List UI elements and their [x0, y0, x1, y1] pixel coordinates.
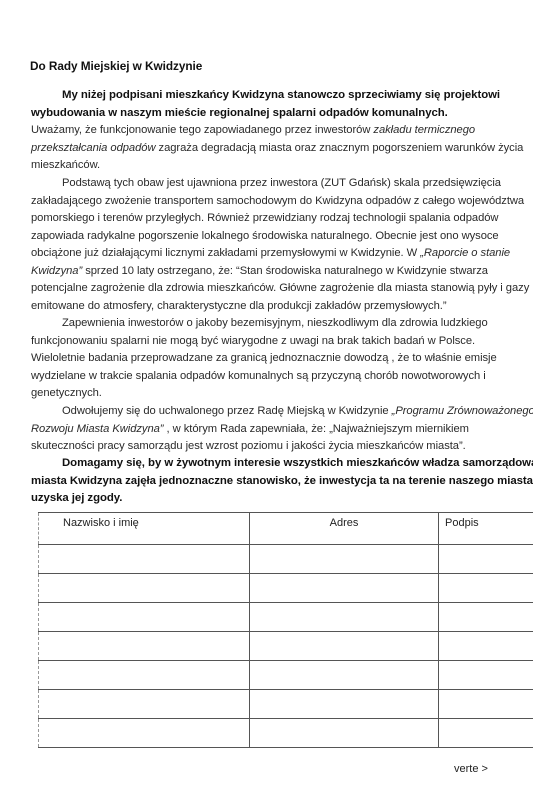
signature-cell[interactable] — [439, 690, 533, 719]
signature-cell[interactable] — [439, 661, 533, 690]
paragraph-3-line: genetycznych. — [31, 386, 102, 400]
addressee-heading: Do Rady Miejskiej w Kwidzynie — [30, 59, 202, 73]
table-row — [39, 574, 533, 603]
table-row — [39, 603, 533, 632]
bold-text: My niżej podpisani mieszkańcy Kwidzyna s… — [62, 89, 500, 101]
text-segment: mieszkańców. — [31, 159, 100, 171]
table-header-row: Nazwisko i imię Adres Podpis — [39, 513, 533, 545]
table-row — [39, 661, 533, 690]
paragraph-3-line: wydzielane w trakcie spalania odpadów ko… — [31, 369, 486, 383]
italic-citation: zakładu termicznego — [373, 124, 475, 136]
text-segment: Podstawą tych obaw jest ujawniona przez … — [62, 177, 501, 189]
text-segment: , w którym Rada zapewniała, że: „Najważn… — [163, 423, 468, 435]
text-segment: obciążone już działającymi licznymi zakł… — [31, 247, 420, 259]
paragraph-1-line: Uważamy, że funkcjonowanie tego zapowiad… — [31, 123, 475, 137]
text-segment: skuteczności pracy samorządu jest wzrost… — [31, 440, 466, 452]
bold-text: uzyska jej zgody. — [31, 492, 122, 504]
signature-cell[interactable] — [439, 603, 533, 632]
address-cell[interactable] — [250, 603, 439, 632]
paragraph-1-line: mieszkańców. — [31, 158, 100, 172]
paragraph-5-line: Domagamy się, by w żywotnym interesie ws… — [62, 456, 533, 470]
name-cell[interactable] — [39, 545, 250, 574]
column-header-name: Nazwisko i imię — [39, 513, 250, 545]
paragraph-2-line: obciążone już działającymi licznymi zakł… — [31, 246, 510, 260]
name-cell[interactable] — [39, 632, 250, 661]
address-cell[interactable] — [250, 545, 439, 574]
column-header-signature: Podpis — [439, 513, 533, 545]
text-segment: sprzed 10 laty ostrzegano, że: “Stan śro… — [82, 265, 488, 277]
address-cell[interactable] — [250, 661, 439, 690]
text-segment: funkcjonowaniu spalarni nie mogą być wia… — [31, 335, 475, 347]
bold-text: wybudowania w naszym mieście regionalnej… — [31, 107, 448, 119]
address-cell[interactable] — [250, 719, 439, 748]
text-segment: Odwołujemy się do uchwalonego przez Radę… — [62, 405, 392, 417]
paragraph-1-line: wybudowania w naszym mieście regionalnej… — [31, 106, 448, 120]
text-segment: Zapewnienia inwestorów o jakoby bezemisy… — [62, 317, 488, 329]
name-cell[interactable] — [39, 603, 250, 632]
signature-cell[interactable] — [439, 574, 533, 603]
name-cell[interactable] — [39, 574, 250, 603]
italic-citation: „Raporcie o stanie — [420, 247, 510, 259]
paragraph-5-line: miasta Kwidzyna zajęła jednoznaczne stan… — [31, 474, 533, 488]
text-segment: pomorskiego i terenów przyległych. Równi… — [31, 212, 498, 224]
name-cell[interactable] — [39, 690, 250, 719]
paragraph-3-line: funkcjonowaniu spalarni nie mogą być wia… — [31, 334, 475, 348]
italic-citation: przekształcania odpadów — [31, 142, 155, 154]
signature-cell[interactable] — [439, 545, 533, 574]
paragraph-4-line: Odwołujemy się do uchwalonego przez Radę… — [62, 404, 533, 418]
paragraph-4-line: Rozwoju Miasta Kwidzyna” , w którym Rada… — [31, 422, 469, 436]
text-segment: emitowane do atmosfery, charakterystyczn… — [31, 300, 447, 312]
signature-cell[interactable] — [439, 632, 533, 661]
paragraph-1-line: przekształcania odpadów zagraża degradac… — [31, 141, 523, 155]
bold-text: Domagamy się, by w żywotnym interesie ws… — [62, 457, 533, 469]
paragraph-3-line: Zapewnienia inwestorów o jakoby bezemisy… — [62, 316, 488, 330]
bold-text: miasta Kwidzyna zajęła jednoznaczne stan… — [31, 475, 533, 487]
text-segment: zagraża degradacją miasta oraz znacznym … — [155, 142, 523, 154]
paragraph-2-line: zakładającego zwożenie transportem samoc… — [31, 194, 524, 208]
address-cell[interactable] — [250, 690, 439, 719]
text-segment: wydzielane w trakcie spalania odpadów ko… — [31, 370, 486, 382]
italic-citation: Kwidzyna” — [31, 265, 82, 277]
table-row — [39, 719, 533, 748]
italic-citation: Rozwoju Miasta Kwidzyna” — [31, 423, 163, 435]
address-cell[interactable] — [250, 574, 439, 603]
paragraph-2-line: Podstawą tych obaw jest ujawniona przez … — [62, 176, 501, 190]
text-segment: zapowiada radykalne pogorszenie lokalneg… — [31, 230, 499, 242]
paragraph-3-line: Wieloletnie badania przeprowadzane za gr… — [31, 351, 497, 365]
verte-turn-page-note: verte > — [454, 763, 488, 775]
table-row — [39, 545, 533, 574]
text-segment: genetycznych. — [31, 387, 102, 399]
paragraph-2-line: potencjalne zagrożenie dla zdrowia miesz… — [31, 281, 529, 295]
table-row — [39, 632, 533, 661]
paragraph-5-line: uzyska jej zgody. — [31, 491, 122, 505]
text-segment: Uważamy, że funkcjonowanie tego zapowiad… — [31, 124, 373, 136]
table-row — [39, 690, 533, 719]
name-cell[interactable] — [39, 661, 250, 690]
paragraph-2-line: Kwidzyna” sprzed 10 laty ostrzegano, że:… — [31, 264, 488, 278]
paragraph-2-line: emitowane do atmosfery, charakterystyczn… — [31, 299, 447, 313]
paragraph-1-line: My niżej podpisani mieszkańcy Kwidzyna s… — [62, 88, 500, 102]
italic-citation: „Programu Zrównoważonego — [392, 405, 533, 417]
text-segment: Wieloletnie badania przeprowadzane za gr… — [31, 352, 497, 364]
paragraph-2-line: zapowiada radykalne pogorszenie lokalneg… — [31, 229, 499, 243]
paragraph-2-line: pomorskiego i terenów przyległych. Równi… — [31, 211, 498, 225]
paragraph-4-line: skuteczności pracy samorządu jest wzrost… — [31, 439, 466, 453]
text-segment: zakładającego zwożenie transportem samoc… — [31, 195, 524, 207]
name-cell[interactable] — [39, 719, 250, 748]
column-header-address: Adres — [250, 513, 439, 545]
signature-table: Nazwisko i imię Adres Podpis — [38, 512, 533, 748]
text-segment: potencjalne zagrożenie dla zdrowia miesz… — [31, 282, 529, 294]
address-cell[interactable] — [250, 632, 439, 661]
signature-cell[interactable] — [439, 719, 533, 748]
